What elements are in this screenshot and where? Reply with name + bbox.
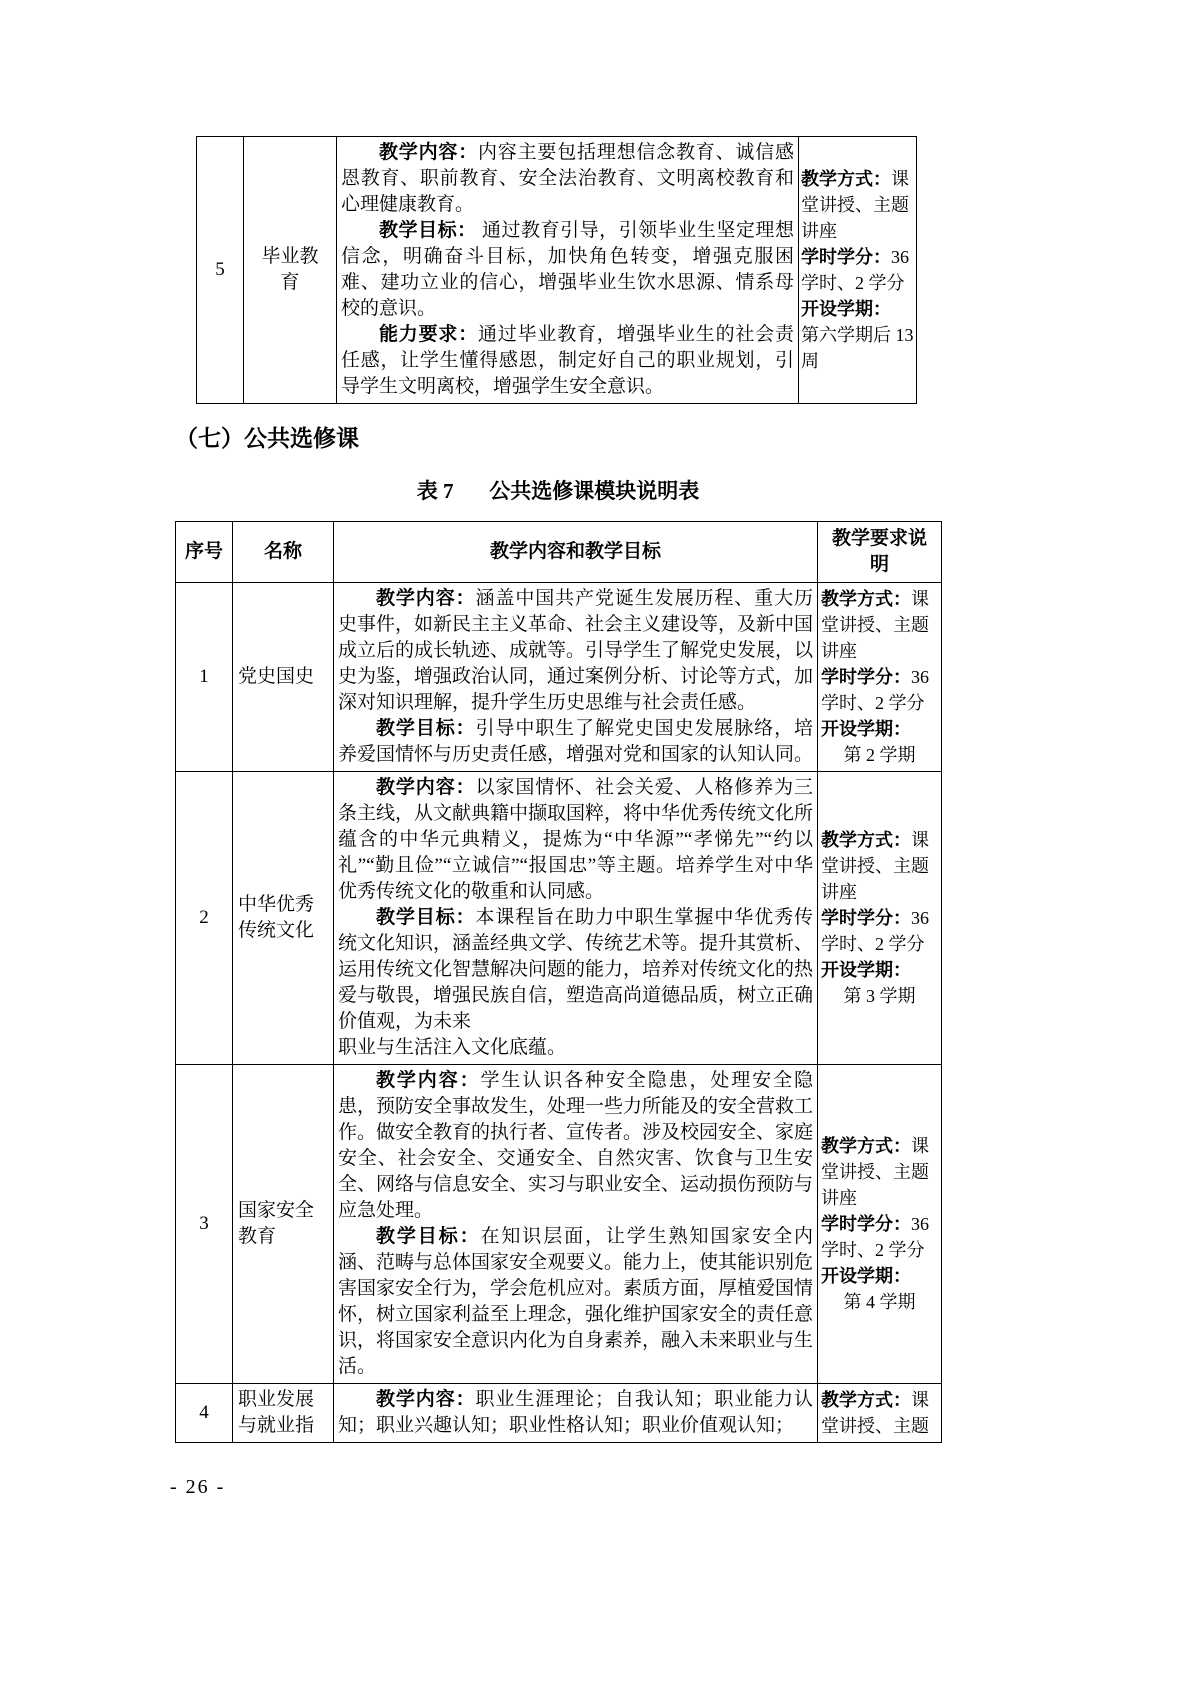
paragraph-text: 在知识层面，让学生熟知国家安全内涵、范畴与总体国家安全观要义。能力上，使其能识别… [338, 1226, 813, 1377]
hours-credits: 学时学分：36学时、2 学分 [821, 664, 938, 716]
table-row: 5 毕业教育 教学内容：内容主要包括理想信念教育、诚信感恩教育、职前教育、安全法… [197, 137, 917, 404]
course-name-cell: 职业发展与就业指 [233, 1384, 334, 1443]
hours-label: 学时学分： [801, 247, 891, 267]
table-caption-number: 表 7 [417, 479, 454, 503]
course-description-cell: 教学内容：涵盖中国共产党诞生发展历程、重大历史事件，如新民主主义革命、社会主义建… [334, 583, 818, 772]
hours-label: 学时学分： [821, 667, 911, 687]
paragraph-ability-requirement: 能力要求：通过毕业教育，增强毕业生的社会责任感，让学生懂得感恩，制定好自己的职业… [341, 322, 794, 400]
header-序号: 序号 [176, 522, 233, 583]
paragraph-text: 职业与生活注入文化底蕴。 [338, 1037, 566, 1058]
term-text: 第六学期后 13 周 [801, 322, 915, 374]
course-name-cell: 毕业教育 [244, 137, 337, 404]
method-label: 教学方式： [821, 1390, 911, 1410]
course-description-cell: 教学内容：以家国情怀、社会关爱、人格修养为三条主线，从文献典籍中撷取国粹，将中华… [334, 772, 818, 1065]
method-label: 教学方式： [801, 169, 891, 189]
hours-credits: 学时学分：36学时、2 学分 [801, 244, 915, 296]
teaching-method: 教学方式：课堂讲授、主题讲座 [821, 827, 938, 905]
term-label: 开设学期： [821, 957, 938, 983]
document-page: 5 毕业教育 教学内容：内容主要包括理想信念教育、诚信感恩教育、职前教育、安全法… [0, 0, 1191, 1684]
paragraph-label: 教学目标： [376, 1226, 481, 1247]
paragraph-label: 教学目标： [376, 907, 476, 928]
table-row: 3 国家安全教育 教学内容：学生认识各种安全隐患，处理安全隐患，预防安全事故发生… [176, 1065, 942, 1384]
term-label: 开设学期： [821, 1263, 938, 1289]
paragraph-label: 教学内容： [376, 588, 476, 609]
course-name-cell: 中华优秀传统文化 [233, 772, 334, 1065]
section-heading: （七）公共选修课 [175, 424, 359, 454]
paragraph-label: 教学内容： [379, 142, 478, 163]
teaching-requirements-cell: 教学方式：课堂讲授、主题讲座 学时学分：36学时、2 学分 开设学期： 第 4 … [818, 1065, 942, 1384]
paragraph-label: 教学内容： [376, 777, 476, 798]
paragraph-teaching-content: 教学内容：职业生涯理论；自我认知；职业能力认知；职业兴趣认知；职业性格认知；职业… [338, 1387, 813, 1439]
term-text: 第 4 学期 [821, 1289, 938, 1315]
graduation-education-table: 5 毕业教育 教学内容：内容主要包括理想信念教育、诚信感恩教育、职前教育、安全法… [196, 136, 917, 404]
row-number-cell: 1 [176, 583, 233, 772]
paragraph-teaching-content: 教学内容：以家国情怀、社会关爱、人格修养为三条主线，从文献典籍中撷取国粹，将中华… [338, 775, 813, 905]
paragraph-label: 教学目标： [376, 718, 476, 739]
method-label: 教学方式： [821, 589, 911, 609]
teaching-method: 教学方式：课堂讲授、主题讲座 [821, 586, 938, 664]
term-text: 第 3 学期 [821, 983, 938, 1009]
term-label: 开设学期： [801, 296, 915, 322]
teaching-method: 教学方式：课堂讲授、主题 [821, 1387, 938, 1439]
paragraph-label: 教学内容： [376, 1070, 481, 1091]
course-name-cell: 国家安全教育 [233, 1065, 334, 1384]
paragraph-teaching-goal: 教学目标：在知识层面，让学生熟知国家安全内涵、范畴与总体国家安全观要义。能力上，… [338, 1224, 813, 1380]
header-教学内容和教学目标: 教学内容和教学目标 [334, 522, 818, 583]
elective-courses-table: 序号 名称 教学内容和教学目标 教学要求说明 1 党史国史 教学内容：涵盖中国共… [175, 521, 942, 1443]
term-label: 开设学期： [821, 716, 938, 742]
course-name-cell: 党史国史 [233, 583, 334, 772]
paragraph-label: 教学目标： [379, 220, 477, 241]
paragraph-teaching-goal: 教学目标： 通过教育引导，引领毕业生坚定理想信念，明确奋斗目标，加快角色转变，增… [341, 218, 794, 322]
teaching-method: 教学方式：课堂讲授、主题讲座 [801, 166, 915, 244]
hours-credits: 学时学分：36学时、2 学分 [821, 905, 938, 957]
course-description-cell: 教学内容：职业生涯理论；自我认知；职业能力认知；职业兴趣认知；职业性格认知；职业… [334, 1384, 818, 1443]
teaching-method: 教学方式：课堂讲授、主题讲座 [821, 1133, 938, 1211]
teaching-requirements-cell: 教学方式：课堂讲授、主题 [818, 1384, 942, 1443]
paragraph-teaching-goal: 教学目标：本课程旨在助力中职生掌握中华优秀传统文化知识，涵盖经典文学、传统艺术等… [338, 905, 813, 1035]
paragraph-continuation: 职业与生活注入文化底蕴。 [338, 1035, 813, 1061]
row-number-cell: 2 [176, 772, 233, 1065]
header-名称: 名称 [233, 522, 334, 583]
teaching-requirements-cell: 教学方式：课堂讲授、主题讲座 学时学分：36学时、2 学分 开设学期： 第 2 … [818, 583, 942, 772]
paragraph-teaching-content: 教学内容：内容主要包括理想信念教育、诚信感恩教育、职前教育、安全法治教育、文明离… [341, 140, 794, 218]
table-caption-title: 公共选修课模块说明表 [489, 479, 699, 503]
teaching-requirements-cell: 教学方式：课堂讲授、主题讲座 学时学分：36学时、2 学分 开设学期： 第六学期… [799, 137, 917, 404]
teaching-requirements-cell: 教学方式：课堂讲授、主题讲座 学时学分：36学时、2 学分 开设学期： 第 3 … [818, 772, 942, 1065]
paragraph-teaching-content: 教学内容：涵盖中国共产党诞生发展历程、重大历史事件，如新民主主义革命、社会主义建… [338, 586, 813, 716]
row-number-cell: 5 [197, 137, 244, 404]
paragraph-teaching-content: 教学内容：学生认识各种安全隐患，处理安全隐患，预防安全事故发生，处理一些力所能及… [338, 1068, 813, 1224]
course-description-cell: 教学内容：学生认识各种安全隐患，处理安全隐患，预防安全事故发生，处理一些力所能及… [334, 1065, 818, 1384]
course-description-cell: 教学内容：内容主要包括理想信念教育、诚信感恩教育、职前教育、安全法治教育、文明离… [337, 137, 799, 404]
hours-credits: 学时学分：36学时、2 学分 [821, 1211, 938, 1263]
method-label: 教学方式： [821, 830, 911, 850]
hours-label: 学时学分： [821, 1214, 911, 1234]
table-row: 2 中华优秀传统文化 教学内容：以家国情怀、社会关爱、人格修养为三条主线，从文献… [176, 772, 942, 1065]
table-header-row: 序号 名称 教学内容和教学目标 教学要求说明 [176, 522, 942, 583]
table-row: 1 党史国史 教学内容：涵盖中国共产党诞生发展历程、重大历史事件，如新民主主义革… [176, 583, 942, 772]
hours-label: 学时学分： [821, 908, 911, 928]
paragraph-label: 教学内容： [376, 1389, 476, 1410]
method-label: 教学方式： [821, 1136, 911, 1156]
paragraph-teaching-goal: 教学目标：引导中职生了解党史国史发展脉络，培养爱国情怀与历史责任感，增强对党和国… [338, 716, 813, 768]
paragraph-label: 能力要求： [379, 324, 478, 345]
row-number-cell: 3 [176, 1065, 233, 1384]
header-教学要求说明: 教学要求说明 [818, 522, 942, 583]
row-number-cell: 4 [176, 1384, 233, 1443]
table-row: 4 职业发展与就业指 教学内容：职业生涯理论；自我认知；职业能力认知；职业兴趣认… [176, 1384, 942, 1443]
table-caption: 表 7公共选修课模块说明表 [175, 477, 941, 505]
page-number: - 26 - [170, 1476, 225, 1499]
paragraph-text: 学生认识各种安全隐患，处理安全隐患，预防安全事故发生，处理一些力所能及的安全营救… [338, 1070, 813, 1221]
term-text: 第 2 学期 [821, 742, 938, 768]
